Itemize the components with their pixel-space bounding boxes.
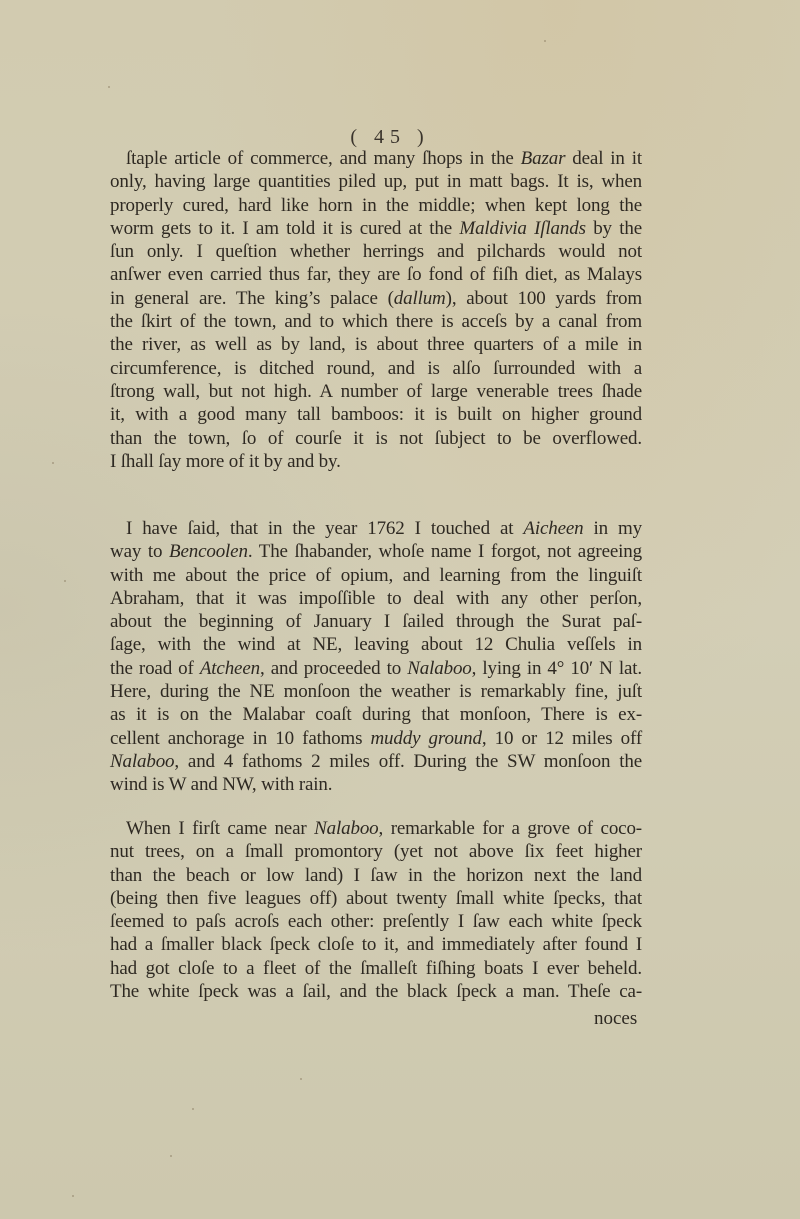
italic-term: Nalaboo [407, 658, 471, 679]
text-line: The white ſpeck was a ſail, and the blac… [110, 980, 642, 1003]
italic-term: Nalaboo [110, 751, 174, 772]
italic-term: Bencoolen [169, 541, 248, 562]
text-line: only, having large quantities piled up, … [110, 170, 642, 193]
text-line: Nalaboo, and 4 fathoms 2 miles off. Duri… [110, 750, 642, 773]
book-page: ( 45 ) ſtaple article of commerce, and m… [0, 0, 800, 1219]
text-line: it, with a good many tall bamboos: it is… [110, 403, 642, 426]
text-line: the ſkirt of the town, and to which ther… [110, 310, 642, 333]
italic-term: Nalaboo [314, 818, 378, 839]
text-line: Abraham, that it was impoſſible to deal … [110, 587, 642, 610]
text-line: anſwer even carried thus far, they are ſ… [110, 263, 642, 286]
paragraph-3: When I firſt came near Nalaboo, remarkab… [110, 817, 642, 1003]
text-line: than the beach or low land) I ſaw in the… [110, 864, 642, 887]
text-line: nut trees, on a ſmall promontory (yet no… [110, 840, 642, 863]
text-line: had got cloſe to a fleet of the ſmalleſt… [110, 957, 642, 980]
text-line: wind is W and NW, with rain. [110, 773, 642, 796]
text-line: When I firſt came near Nalaboo, remarkab… [110, 817, 642, 840]
italic-term: Maldivia Iſlands [459, 218, 585, 239]
italic-term: Bazar [521, 148, 566, 169]
text-line: as it is on the Malabar coaſt during tha… [110, 703, 642, 726]
text-line: way to Bencoolen. The ſhabander, whoſe n… [110, 540, 642, 563]
text-line: Here, during the NE monſoon the weather … [110, 680, 642, 703]
italic-term: dallum [394, 288, 446, 309]
text-line: with me about the price of opium, and le… [110, 564, 642, 587]
text-line: (being then five leagues off) about twen… [110, 887, 642, 910]
text-line: circumference, is ditched round, and is … [110, 357, 642, 380]
italic-term: Atcheen [200, 658, 260, 679]
text-line: ſun only. I queſtion whether herrings an… [110, 240, 642, 263]
page-number: ( 45 ) [340, 126, 440, 149]
text-line: about the beginning of January I ſailed … [110, 610, 642, 633]
text-line: ſeemed to paſs acroſs each other: preſen… [110, 910, 642, 933]
text-line: had a ſmaller black ſpeck cloſe to it, a… [110, 933, 642, 956]
paragraph-2: I have ſaid, that in the year 1762 I tou… [110, 517, 642, 797]
text-line: than the town, ſo of courſe it is not ſu… [110, 427, 642, 450]
text-line: ſage, with the wind at NE, leaving about… [110, 633, 642, 656]
text-line: ſtaple article of commerce, and many ſho… [110, 147, 642, 170]
text-line: I ſhall ſay more of it by and by. [110, 450, 642, 473]
text-line: the river, as well as by land, is about … [110, 333, 642, 356]
text-line: worm gets to it. I am told it is cured a… [110, 217, 642, 240]
text-line: cellent anchorage in 10 fathoms muddy gr… [110, 727, 642, 750]
italic-term: Aicheen [523, 518, 583, 539]
text-line: in general are. The king’s palace (dallu… [110, 287, 642, 310]
text-line: I have ſaid, that in the year 1762 I tou… [110, 517, 642, 540]
text-line: properly cured, hard like horn in the mi… [110, 194, 642, 217]
text-line: ſtrong wall, but not high. A number of l… [110, 380, 642, 403]
catchword: noces [594, 1008, 637, 1030]
italic-term: muddy ground [370, 728, 481, 749]
text-line: the road of Atcheen, and proceeded to Na… [110, 657, 642, 680]
paragraph-1: ſtaple article of commerce, and many ſho… [110, 147, 642, 473]
